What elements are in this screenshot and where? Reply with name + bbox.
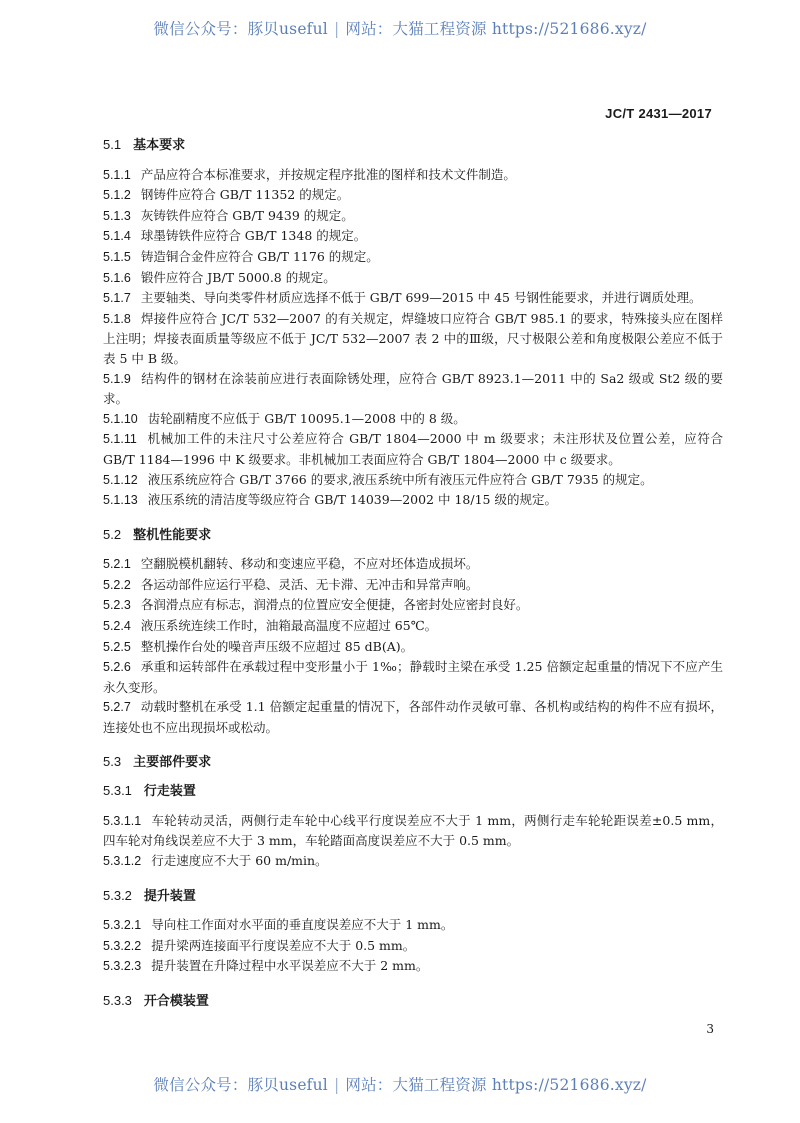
clause-5-1-3: 5.1.3灰铸铁件应符合 GB/T 9439 的规定。 (103, 206, 723, 227)
clause-5-1-13: 5.1.13液压系统的清洁度等级应符合 GB/T 14039—2002 中 18… (103, 490, 723, 511)
watermark-wechat: 微信公众号：豚贝useful (153, 1076, 328, 1094)
watermark-wechat: 微信公众号：豚贝useful (153, 20, 328, 38)
document-code: JC/T 2431—2017 (605, 106, 712, 121)
clause-5-2-2: 5.2.2各运动部件应运行平稳、灵活、无卡滞、无冲击和异常声响。 (103, 575, 723, 596)
watermark-top: 微信公众号：豚贝useful|网站：大猫工程资源 https://521686.… (0, 17, 800, 39)
clause-5-1-10: 5.1.10齿轮副精度不应低于 GB/T 10095.1—2008 中的 8 级… (103, 409, 723, 430)
section-heading-5-2: 5.2整机性能要求 (103, 525, 723, 545)
clause-5-2-3: 5.2.3各润滑点应有标志，润滑点的位置应安全便捷，各密封处应密封良好。 (103, 595, 723, 616)
clause-5-1-4: 5.1.4球墨铸铁件应符合 GB/T 1348 的规定。 (103, 226, 723, 247)
watermark-separator: | (334, 1076, 339, 1094)
clause-5-1-9: 5.1.9结构件的钢材在涂装前应进行表面除锈处理，应符合 GB/T 8923.1… (103, 369, 723, 409)
clause-5-2-7: 5.2.7动载时整机在承受 1.1 倍额定起重量的情况下，各部件动作灵敏可靠、各… (103, 697, 723, 737)
subsection-heading-5-3-1: 5.3.1行走装置 (103, 781, 723, 801)
clause-5-3-2-3: 5.3.2.3提升装置在升降过程中水平误差应不大于 2 mm。 (103, 956, 723, 977)
clause-5-1-7: 5.1.7主要轴类、导向类零件材质应选择不低于 GB/T 699—2015 中 … (103, 288, 723, 309)
clause-5-1-8: 5.1.8焊接件应符合 JC/T 532—2007 的有关规定，焊缝坡口应符合 … (103, 309, 723, 369)
watermark-site: 网站：大猫工程资源 https://521686.xyz/ (345, 1076, 646, 1094)
section-heading-5-3: 5.3主要部件要求 (103, 752, 723, 772)
clause-5-1-1: 5.1.1产品应符合本标准要求，并按规定程序批准的图样和技术文件制造。 (103, 165, 723, 186)
clause-5-1-12: 5.1.12液压系统应符合 GB/T 3766 的要求,液压系统中所有液压元件应… (103, 470, 723, 491)
clause-5-3-2-2: 5.3.2.2提升梁两连接面平行度误差应不大于 0.5 mm。 (103, 936, 723, 957)
page-number: 3 (706, 1022, 714, 1036)
clause-5-1-5: 5.1.5铸造铜合金件应符合 GB/T 1176 的规定。 (103, 247, 723, 268)
clause-5-1-11: 5.1.11机械加工件的未注尺寸公差应符合 GB/T 1804—2000 中 m… (103, 429, 723, 469)
clause-5-2-6: 5.2.6承重和运转部件在承载过程中变形量小于 1‰；静载时主梁在承受 1.25… (103, 657, 723, 697)
clause-5-1-6: 5.1.6锻件应符合 JB/T 5000.8 的规定。 (103, 268, 723, 289)
watermark-separator: | (334, 20, 339, 38)
document-body: 5.1基本要求 5.1.1产品应符合本标准要求，并按规定程序批准的图样和技术文件… (103, 135, 723, 1021)
clause-5-2-1: 5.2.1空翻脱模机翻转、移动和变速应平稳，不应对坯体造成损坏。 (103, 554, 723, 575)
clause-5-3-1-1: 5.3.1.1车轮转动灵活，两侧行走车轮中心线平行度误差应不大于 1 mm，两侧… (103, 811, 723, 851)
section-heading-5-1: 5.1基本要求 (103, 135, 723, 155)
clause-5-2-4: 5.2.4液压系统连续工作时，油箱最高温度不应超过 65℃。 (103, 616, 723, 637)
clause-5-1-2: 5.1.2钢铸件应符合 GB/T 11352 的规定。 (103, 185, 723, 206)
watermark-bottom: 微信公众号：豚贝useful|网站：大猫工程资源 https://521686.… (0, 1073, 800, 1095)
subsection-heading-5-3-2: 5.3.2提升装置 (103, 886, 723, 906)
clause-5-2-5: 5.2.5整机操作台处的噪音声压级不应超过 85 dB(A)。 (103, 637, 723, 658)
watermark-site: 网站：大猫工程资源 https://521686.xyz/ (345, 20, 646, 38)
clause-5-3-1-2: 5.3.1.2行走速度应不大于 60 m/min。 (103, 851, 723, 872)
subsection-heading-5-3-3: 5.3.3开合模装置 (103, 991, 723, 1011)
clause-5-3-2-1: 5.3.2.1导向柱工作面对水平面的垂直度误差应不大于 1 mm。 (103, 915, 723, 936)
